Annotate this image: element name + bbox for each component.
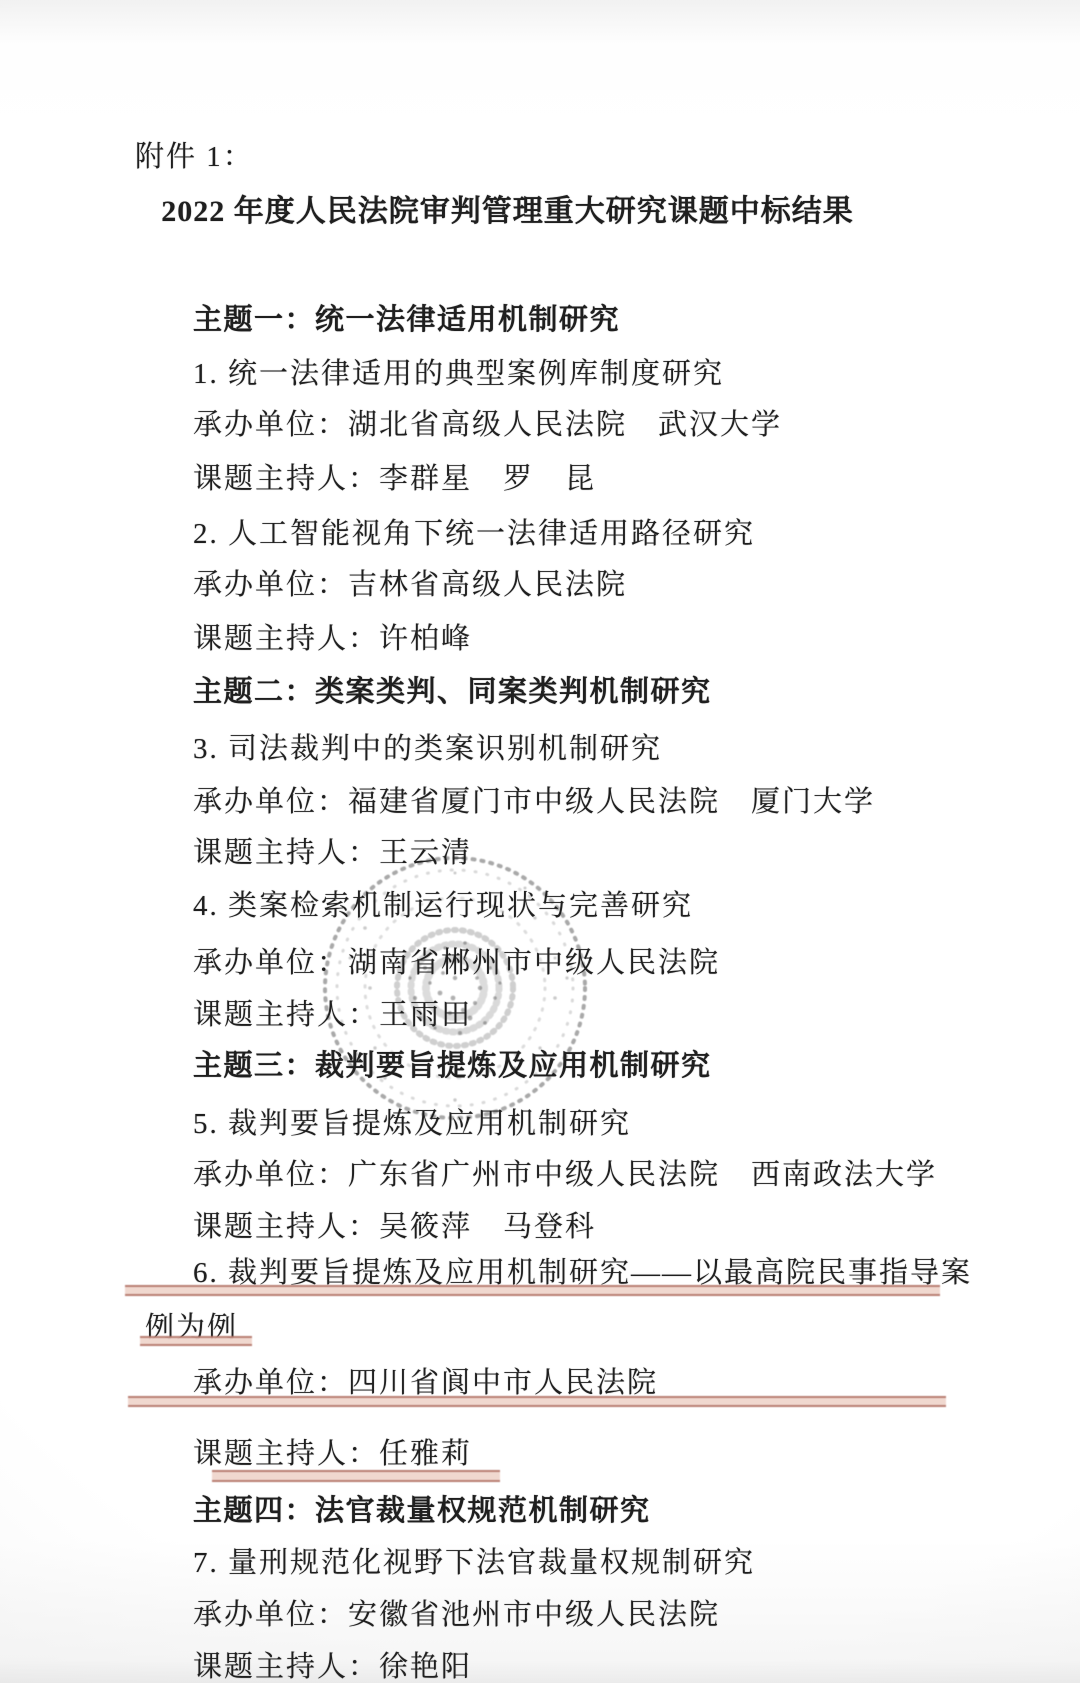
topic-unit-3: 承办单位：福建省厦门市中级人民法院 厦门大学 [193,785,875,819]
red-underline-topic-6-unit [128,1396,946,1407]
topic-leader-7: 课题主持人：徐艳阳 [193,1650,472,1683]
topic-unit-6: 承办单位：四川省阆中市人民法院 [193,1366,658,1400]
topic-leader-1: 课题主持人：李群星 罗 昆 [193,462,596,496]
attachment-label: 附件 1： [135,140,254,174]
topic-title-4: 4. 类案检索机制运行现状与完善研究 [193,889,693,923]
topic-title-5: 5. 裁判要旨提炼及应用机制研究 [193,1107,631,1141]
topic-title-1: 1. 统一法律适用的典型案例库制度研究 [193,357,724,391]
red-underline-topic-6-title [125,1285,940,1296]
topic-leader-4: 课题主持人：王雨田 [193,998,472,1032]
topic-leader-3: 课题主持人：王云清 [193,836,472,870]
red-underline-topic-6-wrap [140,1336,252,1346]
section-heading-3: 主题三：裁判要旨提炼及应用机制研究 [193,1049,712,1083]
topic-unit-4: 承办单位：湖南省郴州市中级人民法院 [193,946,720,980]
topic-unit-1: 承办单位：湖北省高级人民法院 武汉大学 [193,408,782,442]
topic-unit-5: 承办单位：广东省广州市中级人民法院 西南政法大学 [193,1158,937,1192]
topic-leader-5: 课题主持人：吴筱萍 马登科 [193,1210,596,1244]
topic-unit-2: 承办单位：吉林省高级人民法院 [193,568,627,602]
seal-stamp-icon [305,838,605,1138]
topic-title-7: 7. 量刑规范化视野下法官裁量权规制研究 [193,1546,755,1580]
topic-title-2: 2. 人工智能视角下统一法律适用路径研究 [193,517,755,551]
section-heading-1: 主题一：统一法律适用机制研究 [193,303,620,337]
section-heading-4: 主题四：法官裁量权规范机制研究 [193,1494,651,1528]
topic-title-3: 3. 司法裁判中的类案识别机制研究 [193,732,662,766]
section-heading-2: 主题二：类案类判、同案类判机制研究 [193,675,712,709]
topic-leader-6: 课题主持人：任雅莉 [193,1437,472,1471]
red-underline-topic-6-leader [212,1470,500,1482]
document-page: 附件 1： 2022 年度人民法院审判管理重大研究课题中标结果 主题一：统一法律… [0,0,1080,1683]
topic-leader-2: 课题主持人：许柏峰 [193,622,472,656]
topic-unit-7: 承办单位：安徽省池州市中级人民法院 [193,1598,720,1632]
document-title: 2022 年度人民法院审判管理重大研究课题中标结果 [0,195,1015,229]
